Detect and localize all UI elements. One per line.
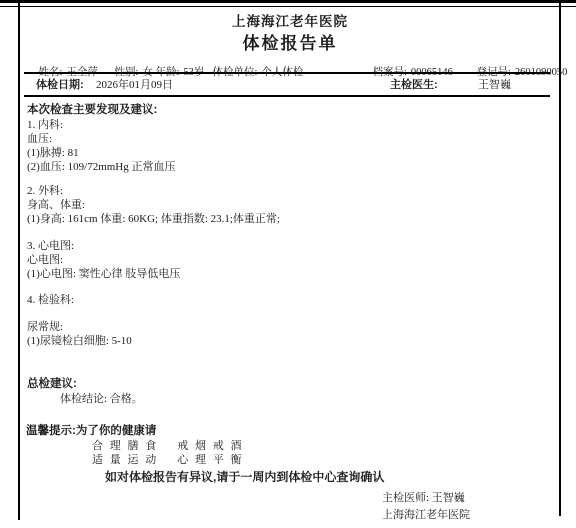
tips-line-1: 合 理 膳 食 戒 烟 戒 酒 [92, 439, 244, 453]
finding-line: 尿常规: [27, 320, 63, 334]
report-page: 上海海江老年医院 体检报告单 姓名:王全萍 性别:女 年龄:53岁 体检单位:个… [0, 0, 576, 528]
tips-line-2: 适 量 运 动 心 理 平 衡 [92, 453, 244, 467]
exam-date-value: 2026年01月09日 [96, 78, 173, 92]
signature-doctor: 主检医师: 王智巍 [382, 491, 465, 505]
hospital-name-title: 上海海江老年医院 [20, 10, 560, 30]
chief-doctor-label: 主检医生: [390, 78, 438, 92]
chief-doctor-value: 王智巍 [478, 78, 511, 92]
finding-line: 心电图: [27, 253, 63, 267]
finding-line: 身高、体重: [27, 198, 85, 212]
summary-heading: 总检建议: [27, 377, 77, 391]
finding-line: (1)尿镜检白细胞: 5-10 [27, 334, 132, 348]
top-edge-bar [0, 0, 576, 3]
finding-line: (2)血压: 109/72mmHg 正常血压 [27, 160, 176, 174]
header-divider-bottom [24, 95, 550, 97]
top-thin-line [0, 6, 576, 7]
dispute-notice: 如对体检报告有异议,请于一周内到体检中心查询确认 [105, 470, 384, 485]
finding-line: 2. 外科: [27, 184, 63, 198]
left-border-line [18, 3, 20, 520]
summary-conclusion: 体检结论: 合格。 [60, 392, 143, 406]
finding-line: 血压: [27, 132, 52, 146]
finding-line: (1)心电图: 窦性心律 肢导低电压 [27, 267, 180, 281]
finding-line: 1. 内科: [27, 118, 63, 132]
finding-line: 4. 检验科: [27, 293, 74, 307]
finding-line: 3. 心电图: [27, 239, 74, 253]
tips-heading: 温馨提示:为了你的健康请 [26, 424, 156, 438]
finding-line: (1)身高: 161cm 体重: 60KG; 体重指数: 23.1;体重正常; [27, 212, 280, 226]
header-divider-top [24, 72, 550, 74]
finding-line: (1)脉搏: 81 [27, 146, 79, 160]
findings-heading: 本次检查主要发现及建议: [27, 103, 157, 117]
report-title: 体检报告单 [20, 29, 560, 54]
signature-hospital: 上海海江老年医院 [382, 508, 470, 522]
exam-date-label: 体检日期: [36, 78, 84, 92]
